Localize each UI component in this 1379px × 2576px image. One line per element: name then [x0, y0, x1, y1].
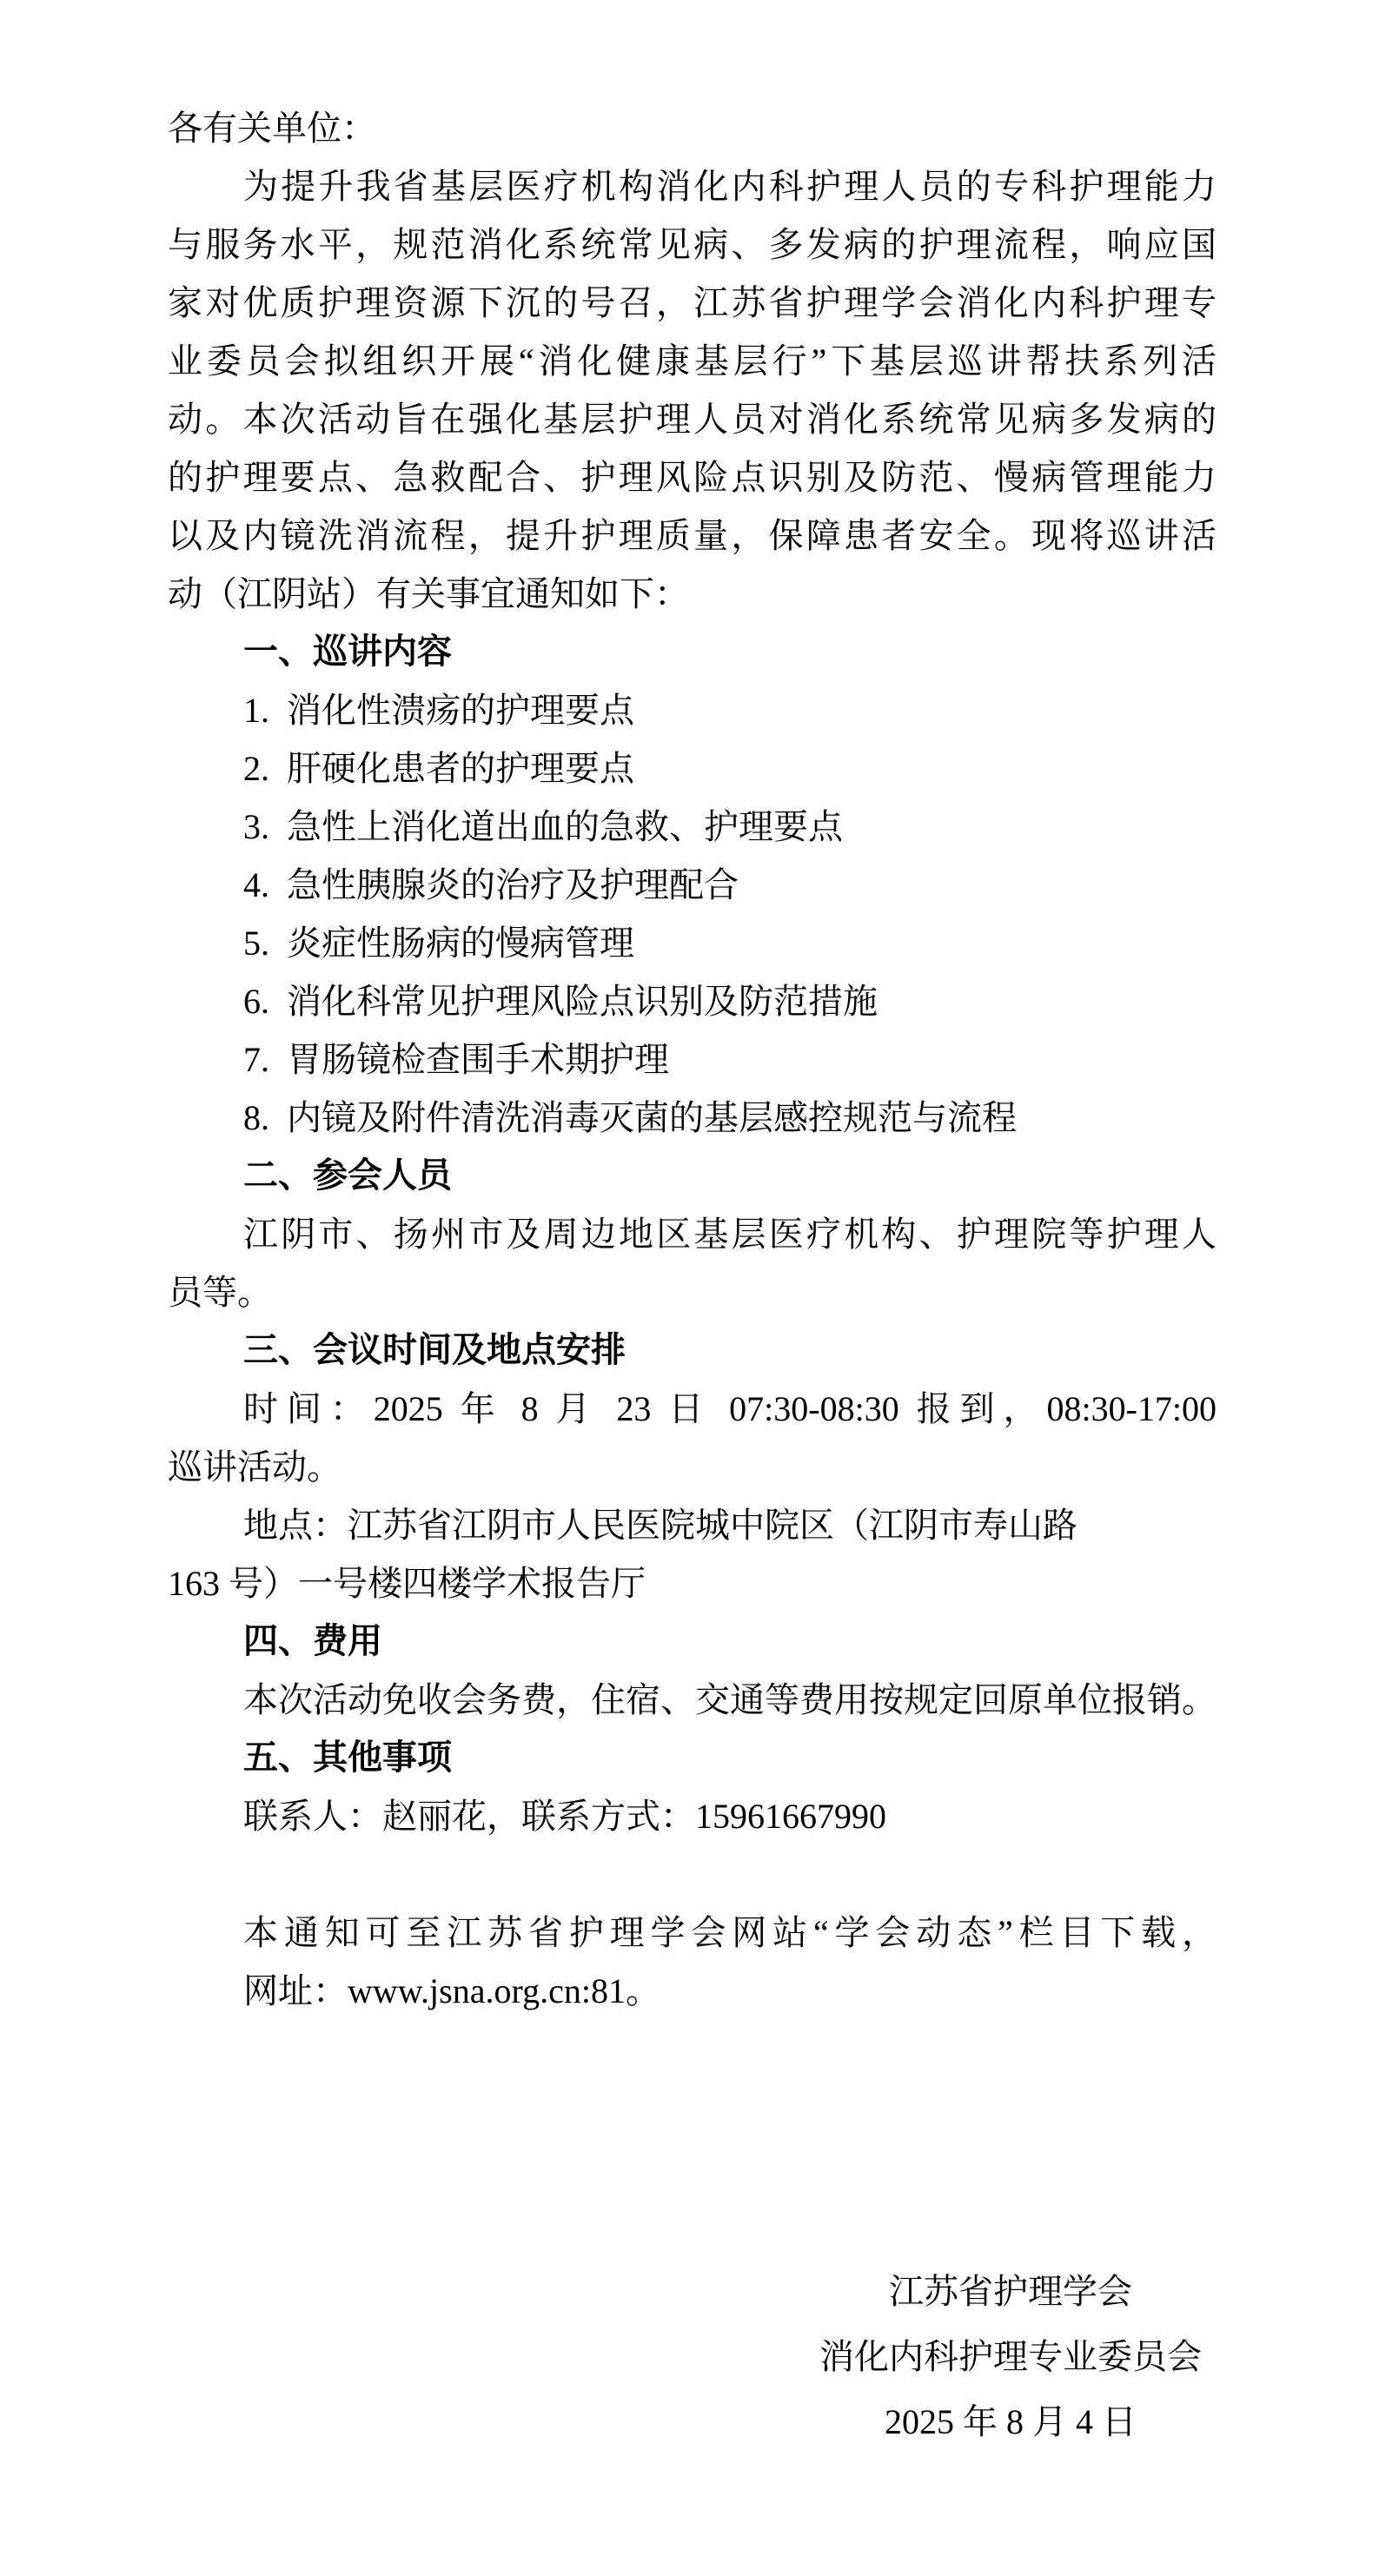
intro-line: 与服务水平，规范消化系统常见病、多发病的护理流程，响应国	[168, 215, 1217, 274]
notice-document: 各有关单位：为提升我省基层医疗机构消化内科护理人员的专科护理能力与服务水平，规范…	[0, 0, 1379, 2576]
lecture-item: 7. 胃肠镜检查围手术期护理	[168, 1030, 1217, 1089]
schedule-time-line: 时间：2025 年 8 月 23 日 07:30-08:30 报到，08:30-…	[168, 1380, 1217, 1438]
schedule-location-line: 163 号）一号楼四楼学术报告厅	[168, 1554, 1217, 1612]
heading-fees: 四、费用	[168, 1612, 1217, 1671]
signature-org: 江苏省护理学会	[811, 2259, 1210, 2324]
notice-body: 各有关单位：为提升我省基层医疗机构消化内科护理人员的专科护理能力与服务水平，规范…	[168, 99, 1217, 2020]
signature-date: 2025 年 8 月 4 日	[811, 2389, 1210, 2454]
lecture-item: 1. 消化性溃疡的护理要点	[168, 681, 1217, 739]
intro-line: 动（江阴站）有关事宜通知如下：	[168, 565, 1217, 623]
intro-line: 以及内镜洗消流程，提升护理质量，保障患者安全。现将巡讲活	[168, 507, 1217, 565]
lecture-item: 4. 急性胰腺炎的治疗及护理配合	[168, 856, 1217, 914]
website-line: 网址：www.jsna.org.cn:81。	[168, 1962, 1217, 2020]
heading-other: 五、其他事项	[168, 1729, 1217, 1787]
lecture-item: 3. 急性上消化道出血的急救、护理要点	[168, 798, 1217, 856]
intro-line: 的护理要点、急救配合、护理风险点识别及防范、慢病管理能力	[168, 448, 1217, 507]
download-line: 本通知可至江苏省护理学会网站“学会动态”栏目下载，	[168, 1904, 1217, 1962]
lecture-item: 2. 肝硬化患者的护理要点	[168, 739, 1217, 798]
heading-lecture-content: 一、巡讲内容	[168, 623, 1217, 681]
lecture-item: 6. 消化科常见护理风险点识别及防范措施	[168, 972, 1217, 1030]
participants-line: 员等。	[168, 1263, 1217, 1321]
fees-line: 本次活动免收会务费，住宿、交通等费用按规定回原单位报销。	[168, 1671, 1217, 1729]
signature-committee: 消化内科护理专业委员会	[811, 2324, 1210, 2389]
intro-line: 动。本次活动旨在强化基层护理人员对消化系统常见病多发病的	[168, 390, 1217, 448]
schedule-time-line: 巡讲活动。	[168, 1438, 1217, 1496]
lecture-item: 8. 内镜及附件清洗消毒灭菌的基层感控规范与流程	[168, 1089, 1217, 1147]
heading-schedule: 三、会议时间及地点安排	[168, 1321, 1217, 1380]
heading-participants: 二、参会人员	[168, 1147, 1217, 1205]
salutation: 各有关单位：	[168, 99, 1217, 157]
signature-block: 江苏省护理学会 消化内科护理专业委员会 2025 年 8 月 4 日	[811, 2259, 1210, 2454]
intro-line: 为提升我省基层医疗机构消化内科护理人员的专科护理能力	[168, 157, 1217, 215]
intro-line: 业委员会拟组织开展“消化健康基层行”下基层巡讲帮扶系列活	[168, 332, 1217, 390]
lecture-item: 5. 炎症性肠病的慢病管理	[168, 914, 1217, 972]
schedule-location-line: 地点：江苏省江阴市人民医院城中院区（江阴市寿山路	[168, 1496, 1217, 1554]
contact-line: 联系人：赵丽花，联系方式：15961667990	[168, 1787, 1217, 1845]
participants-line: 江阴市、扬州市及周边地区基层医疗机构、护理院等护理人	[168, 1205, 1217, 1263]
intro-line: 家对优质护理资源下沉的号召，江苏省护理学会消化内科护理专	[168, 274, 1217, 332]
blank-line	[168, 1845, 1217, 1904]
